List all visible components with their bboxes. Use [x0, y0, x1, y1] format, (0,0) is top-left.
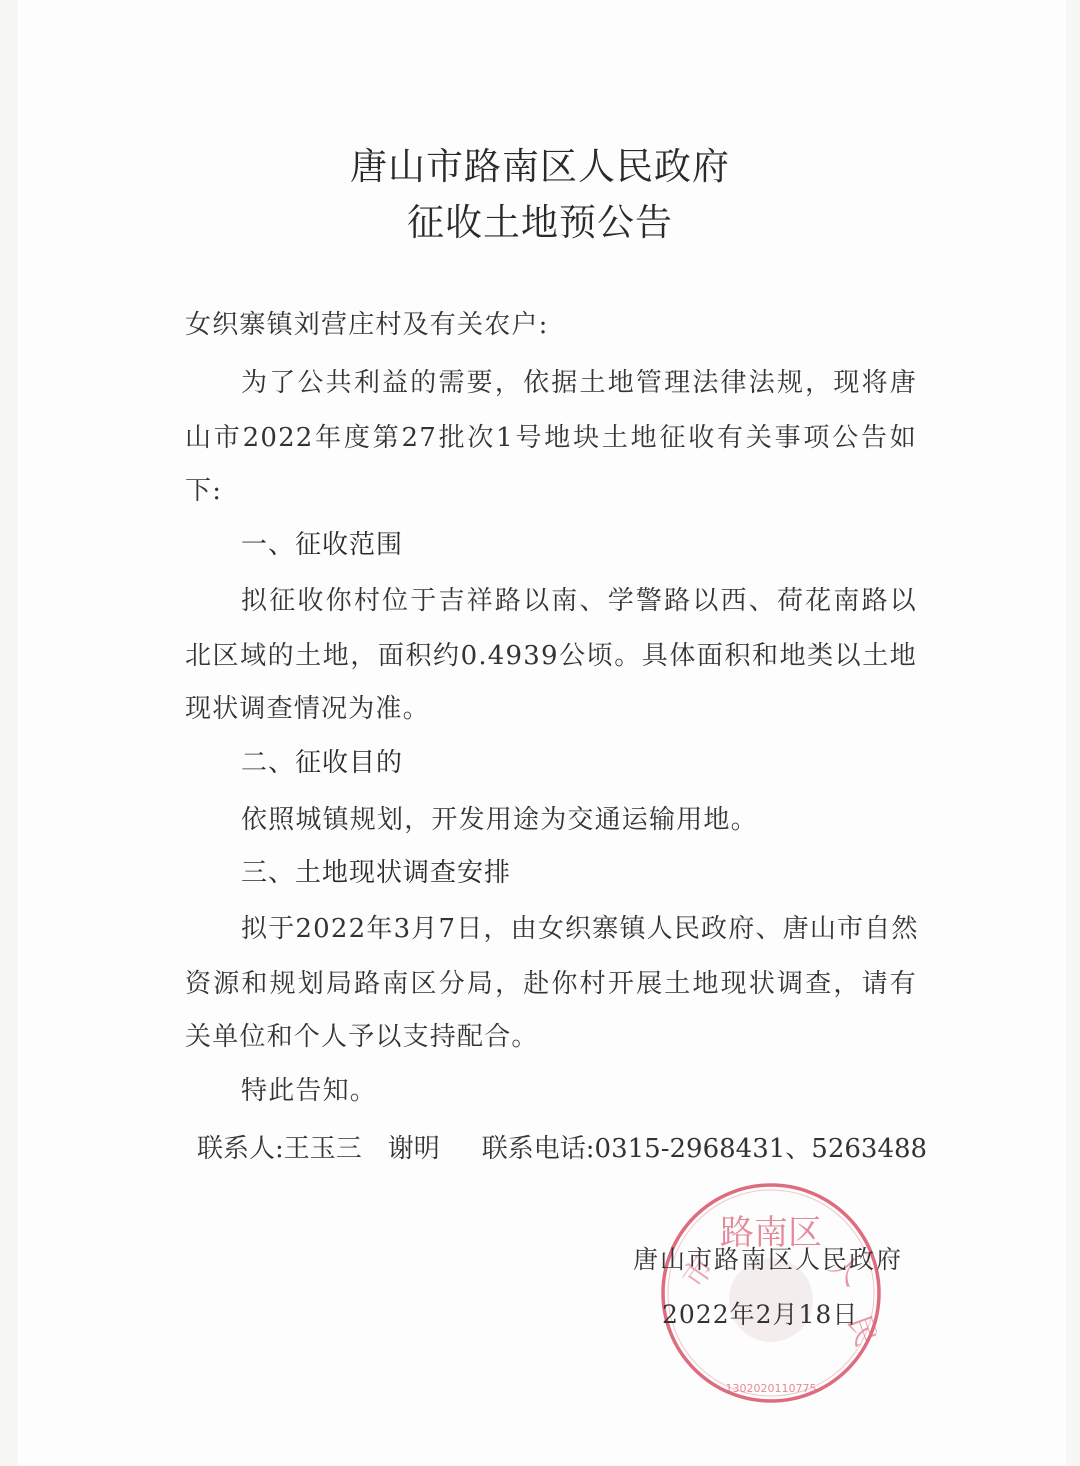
signature-date: 2022年2月18日	[662, 1295, 858, 1331]
contact-person-label: 联系人:	[197, 1134, 284, 1164]
closing-remark: 特此告知。	[241, 1070, 377, 1107]
section-heading-scope: 一、征收范围	[241, 524, 403, 561]
section-scope-line-2: 北区域的土地，面积约0.4939公顷。具体面积和地类以土地	[185, 635, 917, 672]
section-heading-purpose: 二、征收目的	[241, 742, 403, 779]
contact-phones: 0315-2968431、5263488	[595, 1134, 928, 1164]
section-heading-survey: 三、土地现状调查安排	[241, 852, 511, 889]
contact-phone-label: 联系电话:	[482, 1134, 595, 1164]
section-survey-line-3: 关单位和个人予以支持配合。	[185, 1016, 539, 1053]
section-purpose-line-1: 依照城镇规划，开发用途为交通运输用地。	[241, 799, 758, 836]
salutation: 女织寨镇刘营庄村及有关农户:	[185, 304, 549, 341]
svg-text:1302020110775: 1302020110775	[726, 1382, 817, 1395]
contact-info: 联系人:王玉三 谢明联系电话:0315-2968431、5263488	[197, 1128, 955, 1165]
intro-line-3: 下:	[185, 470, 222, 507]
section-scope-line-1: 拟征收你村位于吉祥路以南、学警路以西、荷花南路以	[241, 580, 917, 617]
document-title-line1: 唐山市路南区人民政府	[0, 136, 1080, 190]
intro-line-2: 山市2022年度第27批次1号地块土地征收有关事项公告如	[185, 417, 917, 454]
signature-organization: 唐山市路南区人民政府	[633, 1240, 903, 1276]
section-survey-line-2: 资源和规划局路南区分局，赴你村开展土地现状调查，请有	[185, 963, 917, 1000]
contact-persons: 王玉三 谢明	[284, 1134, 440, 1164]
document-title-line2: 征收土地预公告	[0, 192, 1080, 246]
official-seal-icon: 路南区 人 民 市 1302020110775	[658, 1180, 884, 1406]
intro-line-1: 为了公共利益的需要，依据土地管理法律法规，现将唐	[241, 362, 917, 399]
section-survey-line-1: 拟于2022年3月7日，由女织寨镇人民政府、唐山市自然	[241, 908, 917, 945]
section-scope-line-3: 现状调查情况为准。	[185, 688, 430, 725]
